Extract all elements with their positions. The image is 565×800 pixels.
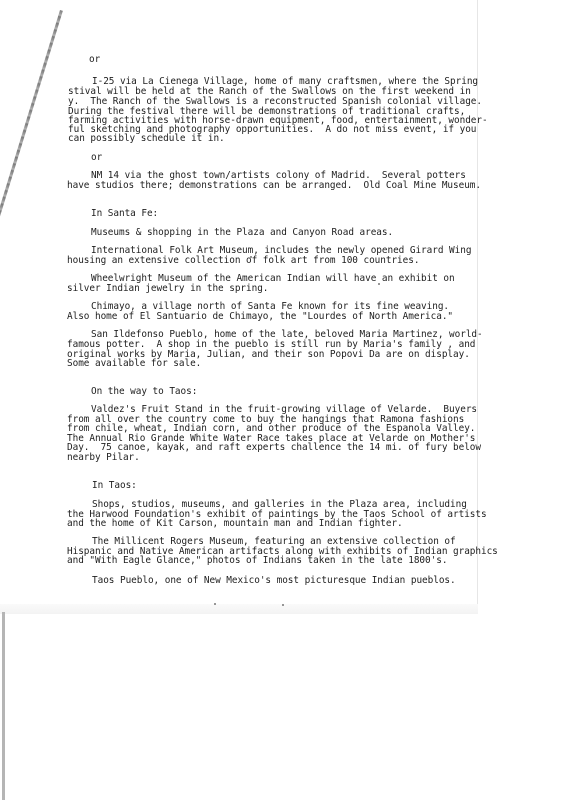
section-heading-way-to-taos: On the way to Taos:: [91, 386, 197, 397]
connector-or: or: [91, 152, 102, 163]
scanned-page: or I-25 via La Cienega Village, home of …: [0, 0, 478, 612]
scan-speck: [214, 603, 216, 605]
text-line: Also home of El Santuario de Chimayo, th…: [67, 311, 453, 322]
connector-or: or: [89, 54, 100, 65]
text-line: have studios there; demonstrations can b…: [67, 180, 481, 191]
next-page-edge: [2, 612, 5, 800]
text-line: Taos Pueblo, one of New Mexico's most pi…: [92, 575, 456, 586]
document-body: or I-25 via La Cienega Village, home of …: [0, 0, 478, 612]
scan-speck: [282, 604, 284, 606]
text-line: can possibly schedule it in.: [68, 133, 225, 144]
text-line: Some available for sale.: [67, 358, 201, 369]
text-line: housing an extensive collection of folk …: [67, 255, 419, 266]
scan-speck: [378, 283, 380, 285]
text-line: and the home of Kit Carson, mountain man…: [67, 518, 403, 529]
section-heading-santa-fe: In Santa Fe:: [91, 208, 158, 219]
text-line: and "With Eagle Glance," photos of India…: [67, 555, 447, 566]
text-line: Museums & shopping in the Plaza and Cany…: [91, 227, 393, 238]
section-heading-taos: In Taos:: [92, 480, 137, 491]
text-line: silver Indian jewelry in the spring.: [67, 283, 268, 294]
scan-speck: [250, 256, 252, 258]
text-line: nearby Pilar.: [67, 452, 140, 463]
